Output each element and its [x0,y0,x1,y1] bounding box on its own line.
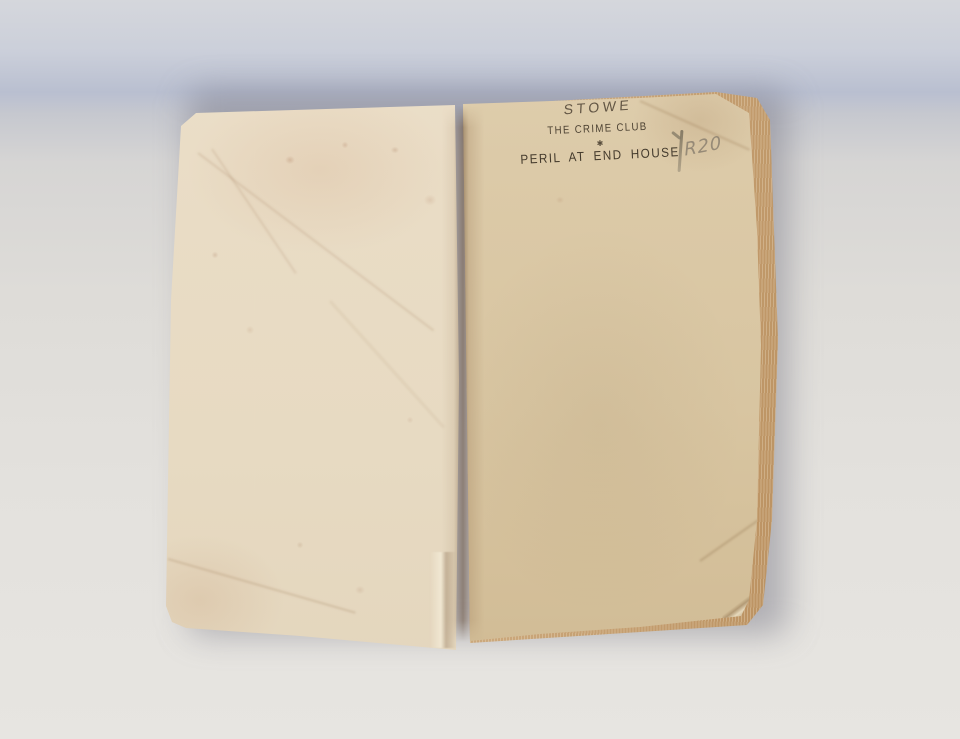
book-title-text: PERIL AT END HOUSE [519,144,682,167]
right-page-bottom-crease [699,517,762,562]
left-page-top-crease [211,148,297,273]
left-page-bottom-crease [168,558,356,614]
pencil-price-mark: R20 [683,132,723,160]
photo-scene: STOWE THE CRIME CLUB ✱ PERIL AT END HOUS… [0,0,960,739]
left-page-mid-crease [329,300,444,428]
gutter-bottom-ridge [430,552,456,648]
series-imprint-text: THE CRIME CLUB [525,120,671,138]
